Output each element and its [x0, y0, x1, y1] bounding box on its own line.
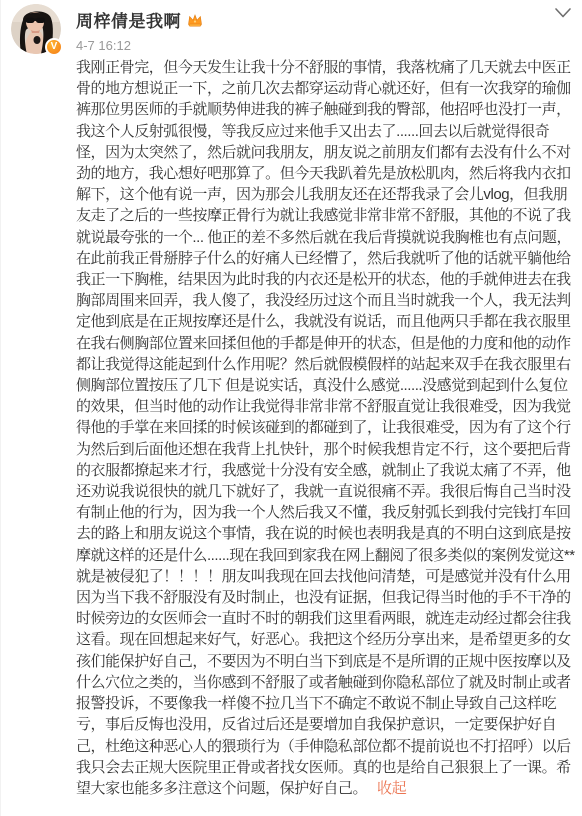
username[interactable]: 周梓倩是我啊 [76, 7, 181, 32]
post-content: 我刚正骨完，但今天发生让我十分不舒服的事情，我落枕痛了几天就去中医正骨的地方想说… [76, 57, 576, 799]
post-text: 我刚正骨完，但今天发生让我十分不舒服的事情，我落枕痛了几天就去中医正骨的地方想说… [76, 59, 575, 797]
collapse-link[interactable]: 收起 [377, 780, 406, 797]
vip-crown-icon [187, 12, 203, 28]
post-timestamp: 4-7 16:12 [76, 38, 203, 53]
post-header: 周梓倩是我啊 4-7 16:12 [76, 7, 203, 53]
weibo-post: V 周梓倩是我啊 4-7 16:12 我刚正骨完，但今天发生让我十分不舒服的事情… [0, 0, 582, 816]
chevron-down-icon[interactable] [554, 6, 572, 20]
avatar[interactable]: V [11, 4, 61, 54]
verified-v-badge: V [45, 38, 63, 56]
